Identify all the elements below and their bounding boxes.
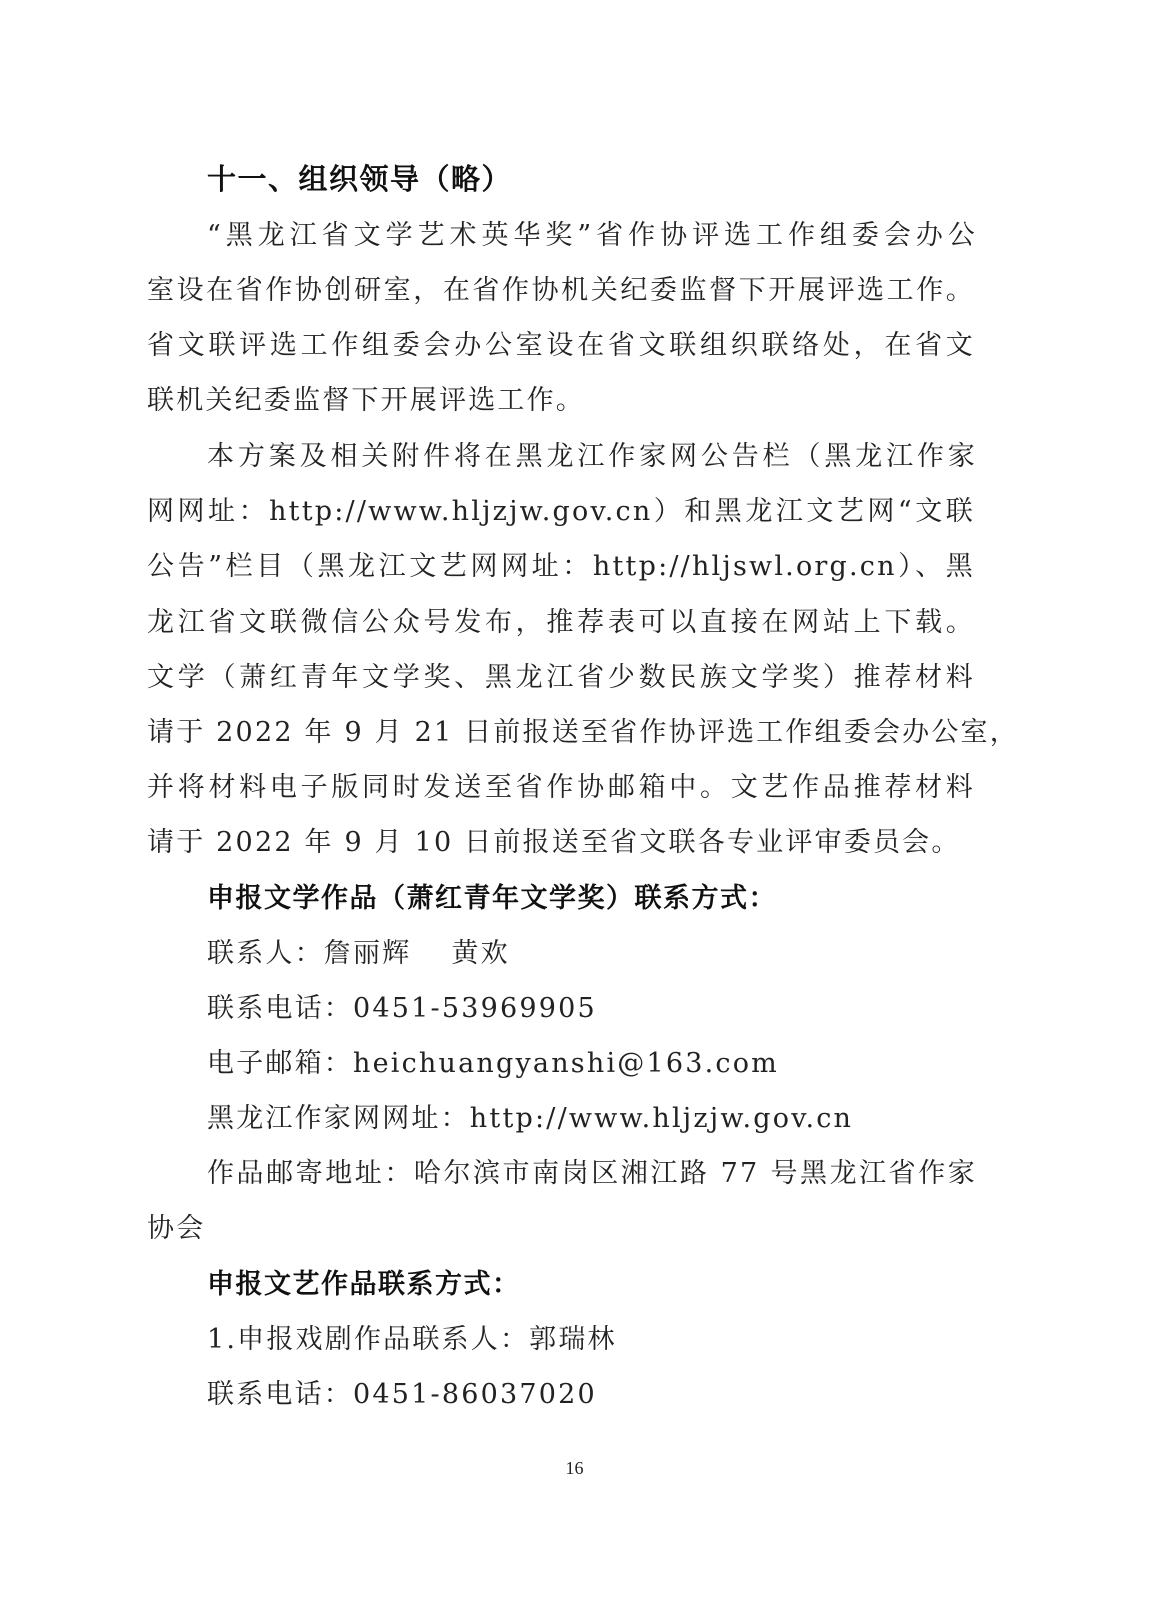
literature-contact-email: 电子邮箱：heichuangyanshi@163.com [207,1047,779,1081]
paragraph-line: 联机关纪委监督下开展评选工作。 [147,384,585,418]
literature-contact-website: 黑龙江作家网网址：http://www.hljzjw.gov.cn [207,1102,853,1136]
paragraph-line: 室设在省作协创研室，在省作协机关纪委监督下开展评选工作。 [147,274,975,308]
literature-contact-address: 作品邮寄地址：哈尔滨市南岗区湘江路 77 号黑龙江省作家 [207,1157,977,1191]
paragraph-line: “黑龙江省文学艺术英华奖”省作协评选工作组委会办公 [207,219,977,253]
paragraph-line: 公告”栏目（黑龙江文艺网网址：http://hljswl.org.cn）、黑 [147,550,975,584]
paragraph-line: 龙江省文联微信公众号发布，推荐表可以直接在网站上下载。 [147,606,975,640]
paragraph-line: 请于 2022 年 9 月 21 日前报送至省作协评选工作组委会办公室， [147,716,975,750]
paragraph-line: 请于 2022 年 9 月 10 日前报送至省文联各专业评审委员会。 [147,826,961,860]
document-page: 十一、组织领导（略） “黑龙江省文学艺术英华奖”省作协评选工作组委会办公 室设在… [0,0,1149,1603]
literature-contact-phone: 联系电话：0451-53969905 [207,992,597,1026]
arts-contact-heading: 申报文艺作品联系方式： [207,1268,521,1302]
literature-contact-person: 联系人：詹丽辉 黄欢 [207,937,510,971]
literature-contact-address-cont: 协会 [147,1212,205,1246]
section-heading: 十一、组织领导（略） [207,162,512,196]
page-number: 16 [0,1458,1149,1479]
paragraph-line: 网网址：http://www.hljzjw.gov.cn）和黑龙江文艺网“文联 [147,495,975,529]
literature-contact-heading: 申报文学作品（萧红青年文学奖）联系方式： [207,882,777,916]
paragraph-line: 文学（萧红青年文学奖、黑龙江省少数民族文学奖）推荐材料 [147,661,975,695]
paragraph-line: 并将材料电子版同时发送至省作协邮箱中。文艺作品推荐材料 [147,771,975,805]
arts-contact-drama-phone: 联系电话：0451-86037020 [207,1378,597,1412]
paragraph-line: 省文联评选工作组委会办公室设在省文联组织联络处，在省文 [147,329,975,363]
paragraph-line: 本方案及相关附件将在黑龙江作家网公告栏（黑龙江作家 [207,440,977,474]
arts-contact-drama-person: 1.申报戏剧作品联系人：郭瑞林 [207,1323,617,1357]
